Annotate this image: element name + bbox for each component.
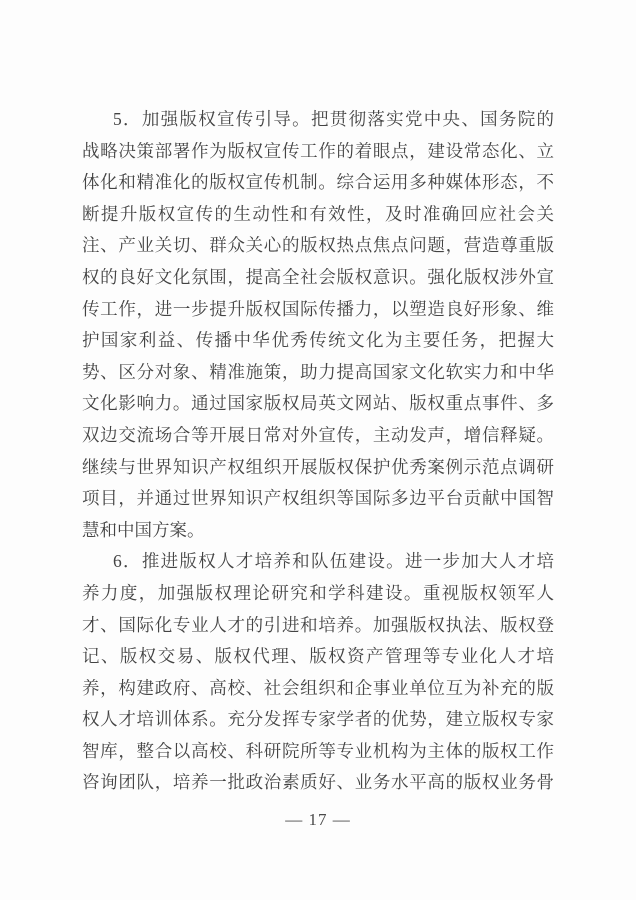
page-footer: — 17 — xyxy=(0,810,636,830)
text-line: 智库，整合以高校、科研院所等专业机构为主体的版权工作 xyxy=(82,736,554,768)
paragraph-item-6: 6．推进版权人才培养和队伍建设。进一步加大人才培 养力度，加强版权理论研究和学科… xyxy=(82,546,554,799)
text-line: 权的良好文化氛围，提高全社会版权意识。强化版权涉外宣 xyxy=(82,262,554,294)
text-line: 养力度，加强版权理论研究和学科建设。重视版权领军人 xyxy=(82,578,554,610)
text-line: 项目，并通过世界知识产权组织等国际多边平台贡献中国智 xyxy=(82,483,554,515)
text-line: 战略决策部署作为版权宣传工作的着眼点，建设常态化、立 xyxy=(82,136,554,168)
document-body: 5．加强版权宣传引导。把贯彻落实党中央、国务院的 战略决策部署作为版权宣传工作的… xyxy=(82,104,554,799)
text-line: 文化影响力。通过国家版权局英文网站、版权重点事件、多 xyxy=(82,388,554,420)
text-line: 慧和中国方案。 xyxy=(82,515,554,547)
text-line: 继续与世界知识产权组织开展版权保护优秀案例示范点调研 xyxy=(82,452,554,484)
text-line: 势、区分对象、精准施策，助力提高国家文化软实力和中华 xyxy=(82,357,554,389)
text-line: 注、产业关切、群众关心的版权热点焦点问题，营造尊重版 xyxy=(82,230,554,262)
scanned-document-page: 5．加强版权宣传引导。把贯彻落实党中央、国务院的 战略决策部署作为版权宣传工作的… xyxy=(0,0,636,900)
text-line: 养，构建政府、高校、社会组织和企事业单位互为补充的版 xyxy=(82,673,554,705)
text-line: 才、国际化专业人才的引进和培养。加强版权执法、版权登 xyxy=(82,610,554,642)
paragraph-item-5: 5．加强版权宣传引导。把贯彻落实党中央、国务院的 战略决策部署作为版权宣传工作的… xyxy=(82,104,554,546)
text-line: 权人才培训体系。充分发挥专家学者的优势，建立版权专家 xyxy=(82,704,554,736)
page-number: — 17 — xyxy=(285,810,351,829)
text-line: 断提升版权宣传的生动性和有效性，及时准确回应社会关 xyxy=(82,199,554,231)
text-line: 5．加强版权宣传引导。把贯彻落实党中央、国务院的 xyxy=(82,104,554,136)
text-line: 6．推进版权人才培养和队伍建设。进一步加大人才培 xyxy=(82,546,554,578)
text-line: 咨询团队，培养一批政治素质好、业务水平高的版权业务骨 xyxy=(82,767,554,799)
text-line: 传工作，进一步提升版权国际传播力，以塑造良好形象、维 xyxy=(82,294,554,326)
text-line: 护国家利益、传播中华优秀传统文化为主要任务，把握大 xyxy=(82,325,554,357)
text-line: 记、版权交易、版权代理、版权资产管理等专业化人才培 xyxy=(82,641,554,673)
text-line: 体化和精准化的版权宣传机制。综合运用多种媒体形态，不 xyxy=(82,167,554,199)
text-line: 双边交流场合等开展日常对外宣传，主动发声，增信释疑。 xyxy=(82,420,554,452)
